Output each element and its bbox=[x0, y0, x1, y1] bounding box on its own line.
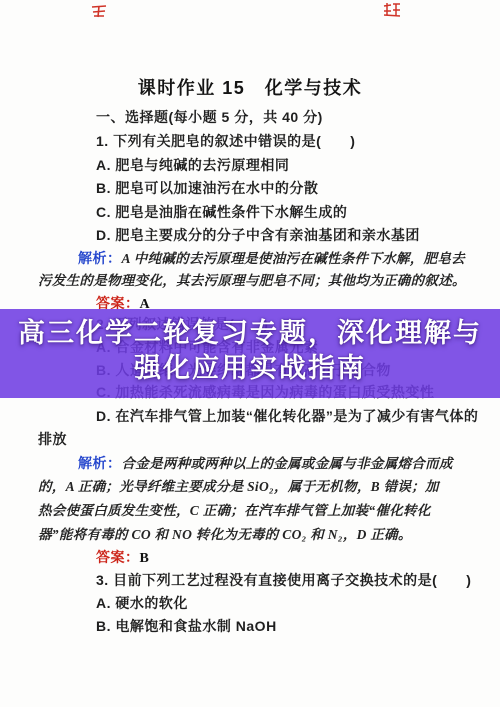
q2-analysis-line3: 热会使蛋白质发生变性，C 正确；在汽车排气管上加装“催化转化 bbox=[38, 502, 431, 520]
promo-overlay-banner: 高三化学二轮复习专题，深化理解与 强化应用实战指南 bbox=[0, 309, 500, 398]
q1-analysis-line2: 污发生的是物理变化，其去污原理与肥皂不同；其他均为正确的叙述。 bbox=[38, 272, 466, 290]
q2-answer-line: 答案：B bbox=[96, 548, 149, 568]
answer-label: 答案： bbox=[96, 549, 140, 565]
red-stamp-mark-right bbox=[382, 2, 402, 18]
q1-stem: 1. 下列有关肥皂的叙述中错误的是( ) bbox=[96, 132, 355, 150]
analysis-label: 解析： bbox=[78, 455, 122, 471]
q1-option-b: B. 肥皂可以加速油污在水中的分散 bbox=[96, 179, 318, 197]
q1-option-c: C. 肥皂是油脂在碱性条件下水解生成的 bbox=[96, 203, 347, 221]
q1-analysis-line1: 解析：A 中纯碱的去污原理是使油污在碱性条件下水解，肥皂去 bbox=[78, 249, 465, 268]
q2-analysis-line4: 器”能将有毒的 CO 和 NO 转化为无毒的 CO₂ 和 N₂，D 正确。 bbox=[38, 526, 412, 544]
q1-option-d: D. 肥皂主要成分的分子中含有亲油基团和亲水基团 bbox=[96, 226, 420, 244]
analysis-text: 合金是两种或两种以上的金属或金属与非金属熔合而成 bbox=[122, 456, 453, 471]
section-header: 一、选择题(每小题 5 分，共 40 分) bbox=[96, 108, 323, 126]
answer-value: B bbox=[140, 551, 150, 566]
q2-analysis-line2: 的，A 正确；光导纤维主要成分是 SiO₂，属于无机物，B 错误；加 bbox=[38, 478, 439, 496]
q3-stem: 3. 目前下列工艺过程没有直接使用离子交换技术的是( ) bbox=[96, 571, 471, 589]
q2-option-d-line1: D. 在汽车排气管上加装“催化转化器”是为了减少有害气体的 bbox=[96, 407, 478, 425]
overlay-title-line1: 高三化学二轮复习专题，深化理解与 bbox=[0, 316, 500, 350]
page-title: 课时作业 15 化学与技术 bbox=[0, 74, 500, 100]
analysis-text: A 中纯碱的去污原理是使油污在碱性条件下水解，肥皂去 bbox=[122, 251, 465, 266]
q1-option-a: A. 肥皂与纯碱的去污原理相同 bbox=[96, 156, 289, 174]
q3-option-b: B. 电解饱和食盐水制 NaOH bbox=[96, 617, 277, 635]
worksheet-page: 课时作业 15 化学与技术 一、选择题(每小题 5 分，共 40 分) 1. 下… bbox=[0, 0, 500, 707]
overlay-title-line2: 强化应用实战指南 bbox=[0, 351, 500, 385]
q3-option-a: A. 硬水的软化 bbox=[96, 594, 188, 612]
q2-analysis-line1: 解析：合金是两种或两种以上的金属或金属与非金属熔合而成 bbox=[78, 454, 453, 473]
analysis-label: 解析： bbox=[78, 250, 122, 266]
red-stamp-mark-left bbox=[90, 4, 108, 19]
q2-option-d-line2: 排放 bbox=[38, 430, 67, 448]
